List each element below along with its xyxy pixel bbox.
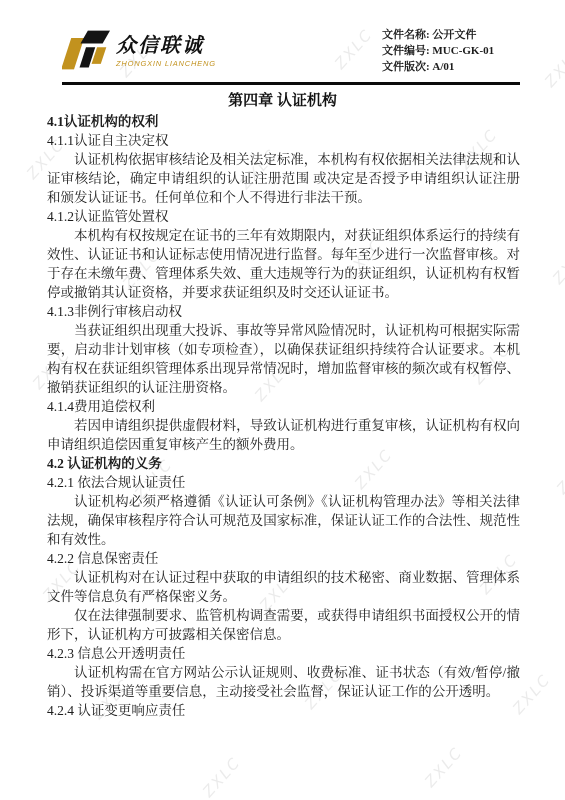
doc-version-label: 文件版次: (382, 61, 430, 73)
section-heading: 4.2.4 认证变更响应责任 (47, 701, 520, 720)
paragraph: 认证机构对在认证过程中获取的申请组织的技术秘密、商业数据、管理体系文件等信息负有… (47, 568, 520, 606)
paragraph: 仅在法律强制要求、监管机构调查需要，或获得申请组织书面授权公开的情形下，认证机构… (47, 606, 520, 644)
doc-name-value: 公开文件 (432, 29, 476, 41)
paragraph: 认证机构需在官方网站公示认证规则、收费标准、证书状态（有效/暂停/撤销）、投诉渠… (47, 663, 520, 701)
paragraph: 若因申请组织提供虚假材料，导致认证机构进行重复审核，认证机构有权向申请组织追偿因… (47, 416, 520, 454)
doc-info-row-number: 文件编号: MUC-GK-01 (382, 43, 520, 59)
section-heading: 4.2.3 信息公开透明责任 (47, 644, 520, 663)
section-heading: 4.2 认证机构的义务 (47, 454, 520, 473)
document-info: 文件名称: 公开文件 文件编号: MUC-GK-01 文件版次: A/01 (382, 27, 520, 75)
company-logo: 众信联诚 ZHONGXIN LIANCHENG (62, 27, 216, 73)
watermark-text: ZXLC (541, 43, 565, 90)
document-body: 4.1认证机构的权利4.1.1认证自主决定权认证机构依据审核结论及相关法定标准，… (47, 112, 520, 720)
doc-name-label: 文件名称: (382, 29, 430, 41)
company-name: 众信联诚 (116, 35, 216, 57)
section-heading: 4.1认证机构的权利 (47, 112, 520, 131)
paragraph: 本机构有权按规定在证书的三年有效期限内，对获证组织体系运行的持续有效性、认证证书… (47, 226, 520, 302)
section-heading: 4.1.2认证监管处置权 (47, 207, 520, 226)
paragraph: 当获证组织出现重大投诉、事故等异常风险情况时，认证机构可根据实际需要，启动非计划… (47, 321, 520, 397)
watermark-text: ZXLC (549, 240, 565, 287)
watermark-text: ZXLC (553, 450, 565, 497)
paragraph: 认证机构必须严格遵循《认证认可条例》《认证机构管理办法》等相关法律法规，确保审核… (47, 492, 520, 549)
header-divider (62, 82, 520, 85)
doc-number-label: 文件编号: (382, 45, 430, 57)
doc-info-row-name: 文件名称: 公开文件 (382, 27, 520, 43)
page-header: 众信联诚 ZHONGXIN LIANCHENG 文件名称: 公开文件 文件编号:… (62, 27, 520, 75)
watermark-text: ZXLC (421, 743, 466, 790)
chapter-title: 第四章 认证机构 (0, 89, 565, 110)
doc-version-value: A/01 (432, 61, 454, 73)
doc-number-value: MUC-GK-01 (432, 45, 494, 57)
section-heading: 4.1.3非例行审核启动权 (47, 302, 520, 321)
company-name-latin: ZHONGXIN LIANCHENG (116, 59, 216, 68)
section-heading: 4.2.1 依法合规认证责任 (47, 473, 520, 492)
doc-info-row-version: 文件版次: A/01 (382, 59, 520, 75)
section-heading: 4.2.2 信息保密责任 (47, 549, 520, 568)
section-heading: 4.1.1认证自主决定权 (47, 131, 520, 150)
watermark-text: ZXLC (199, 753, 244, 800)
paragraph: 认证机构依据审核结论及相关法定标准，本机构有权依据相关法律法规和认证审核结论，确… (47, 150, 520, 207)
section-heading: 4.1.4费用追偿权利 (47, 397, 520, 416)
company-logo-icon (62, 27, 110, 73)
